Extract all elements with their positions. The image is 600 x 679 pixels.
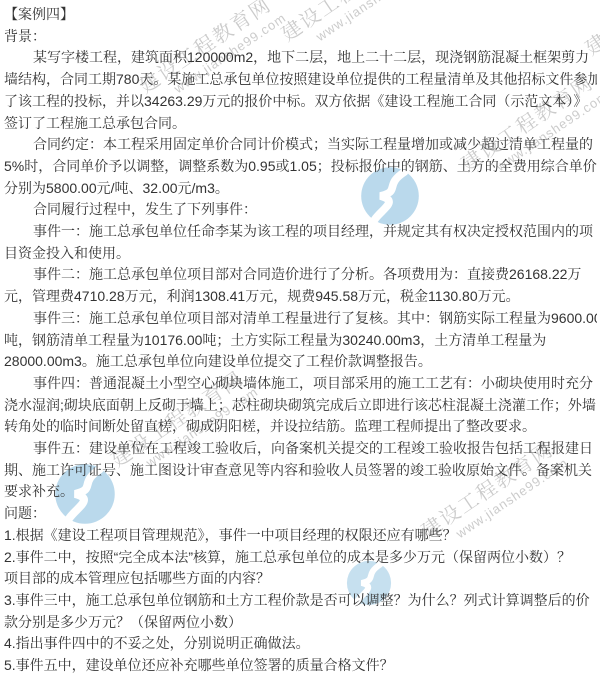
text-line: 墙结构，合同工期780天。某施工总承包单位按照建设单位提供的工程量清单及其他招标… — [4, 69, 597, 91]
text-line: 浇水湿润;砌块底面朝上反砌于墙上；芯柱砌块砌筑完成后立即进行该芯柱混凝土浇灌工作… — [4, 395, 597, 417]
text-line: 5%时，合同单价予以调整，调整系数为0.95或1.05；投标报价中的钢筋、土方的… — [4, 156, 597, 178]
text-line: 4.指出事件四中的不妥之处，分别说明正确做法。 — [4, 633, 597, 655]
text-line: 要求补充。 — [4, 481, 597, 503]
text-line: 事件三：施工总承包单位项目部对清单工程量进行了复核。其中：钢筋实际工程量为960… — [4, 308, 597, 330]
text-line: 项目部的成本管理应包括哪些方面的内容？ — [4, 568, 597, 590]
text-line: 5.事件五中，建设单位还应补充哪些单位签署的质量合格文件？ — [4, 655, 597, 677]
text-line: 某写字楼工程，建筑面积120000m2，地下二层，地上二十二层，现浇钢筋混凝土框… — [4, 47, 597, 69]
text-line: 吨，钢筋清单工程量为10176.00吨；土方实际工程量为30240.00m3，土… — [4, 330, 597, 352]
text-line: 转角处的临时间断处留直槎，砌成阴阳槎，并设拉结筋。监理工程师提出了整改要求。 — [4, 416, 597, 438]
text-line: 期、施工许可证号、施工图设计审查意见等内容和验收人员签署的竣工验收原始文件。备案… — [4, 460, 597, 482]
text-line: 事件二：施工总承包单位项目部对合同造价进行了分析。各项费用为：直接费26168.… — [4, 264, 597, 286]
text-line: 3.事件三中，施工总承包单位钢筋和土方工程价款是否可以调整？为什么？列式计算调整… — [4, 590, 597, 612]
text-line: 28000.00m3。施工总承包单位向建设单位提交了工程价款调整报告。 — [4, 351, 597, 373]
text-line: 事件一：施工总承包单位任命李某为该工程的项目经理，并规定其有权决定授权范围内的项 — [4, 221, 597, 243]
text-line: 签订了工程施工总承包合同。 — [4, 113, 597, 135]
text-line: 事件四：普通混凝土小型空心砌块墙体施工，项目部采用的施工工艺有：小砌块使用时充分 — [4, 373, 597, 395]
text-line: 分别为5800.00元/吨、32.00元/m3。 — [4, 178, 597, 200]
case-title: 【案例四】 — [4, 4, 597, 26]
text-line: 合同约定：本工程采用固定单价合同计价模式；当实际工程量增加或减少超过清单工程量的 — [4, 134, 597, 156]
text-line: 事件五：建设单位在工程竣工验收后，向备案机关提交的工程竣工验收报告包括工程报建日 — [4, 438, 597, 460]
text-line: 款分别是多少万元？（保留两位小数） — [4, 612, 597, 634]
text-line: 1.根据《建设工程项目管理规范》，事件一中项目经理的权限还应有哪些？ — [4, 525, 597, 547]
text-line: 目资金投入和使用。 — [4, 243, 597, 265]
text-line: 背景： — [4, 26, 597, 48]
text-line: 元，管理费4710.28万元，利润1308.41万元，规费945.58万元，税金… — [4, 286, 597, 308]
text-line: 2.事件二中，按照“完全成本法”核算，施工总承包单位的成本是多少万元（保留两位小… — [4, 547, 597, 569]
text-line: 了该工程的投标，并以34263.29万元的报价中标。双方依据《建设工程施工合同（… — [4, 91, 597, 113]
text-line: 合同履行过程中，发生了下列事件： — [4, 199, 597, 221]
case-document-body: 【案例四】背景：某写字楼工程，建筑面积120000m2，地下二层，地上二十二层，… — [4, 4, 597, 677]
text-line: 问题： — [4, 503, 597, 525]
